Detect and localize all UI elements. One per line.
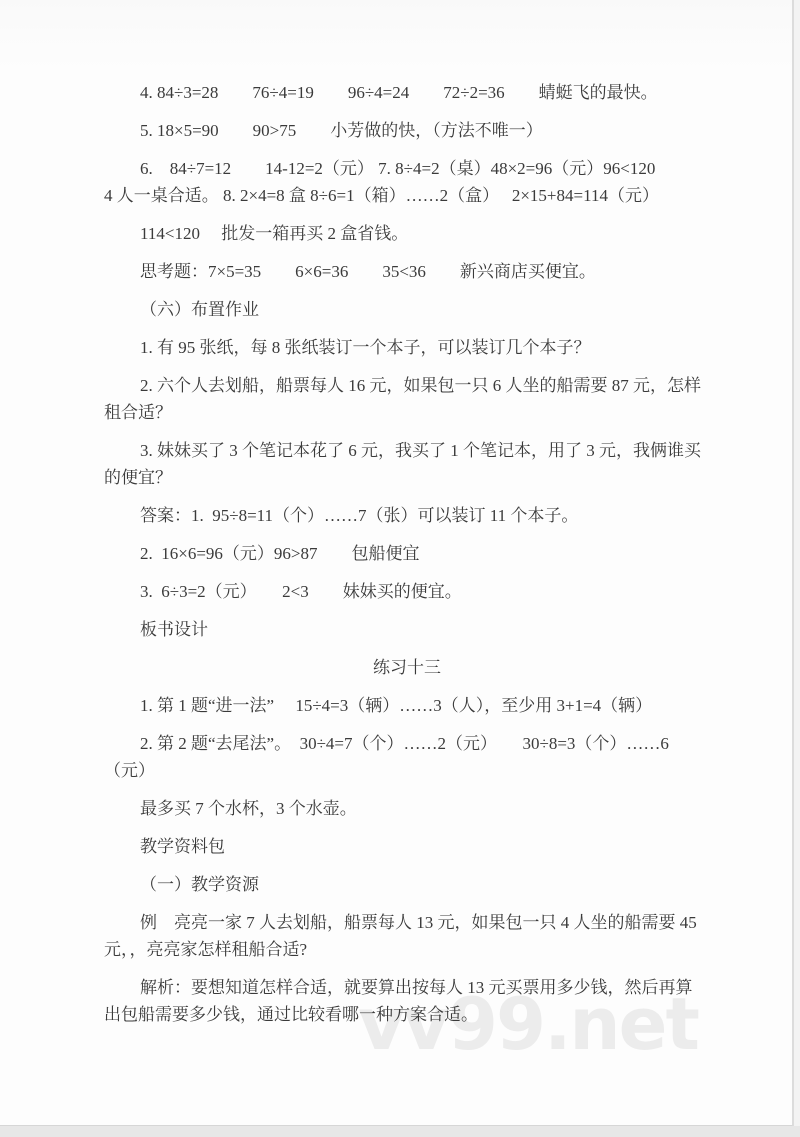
viewer-bottom-gutter <box>0 1126 800 1137</box>
text-line: 4. 84÷3=28 76÷4=19 96÷4=24 72÷2=36 蜻蜓飞的最… <box>104 79 710 106</box>
text-line: 4 人一桌合适。 8. 2×4=8 盒 8÷6=1（箱）……2（盒） 2×15+… <box>104 182 710 209</box>
text-line: 2. 16×6=96（元）96>87 包船便宜 <box>104 540 710 567</box>
text-line: 1. 有 95 张纸，每 8 张纸装订一个本子，可以装订几个本子？ <box>104 334 710 361</box>
text-line: 教学资料包 <box>104 833 710 860</box>
text-line: 114<120 批发一箱再买 2 盒省钱。 <box>104 220 710 247</box>
document-body: 4. 84÷3=28 76÷4=19 96÷4=24 72÷2=36 蜻蜓飞的最… <box>104 79 710 1028</box>
text-line: 解析：要想知道怎样合适，就要算出按每人 13 元买票用多少钱，然后再算 <box>104 974 710 1001</box>
text-line: 2. 第 2 题“去尾法”。 30÷4=7（个）……2（元） 30÷8=3（个）… <box>104 730 710 757</box>
text-line: 最多买 7 个水杯，3 个水壶。 <box>104 795 710 822</box>
text-line: 2. 六个人去划船，船票每人 16 元，如果包一只 6 人坐的船需要 87 元，… <box>104 372 710 399</box>
text-line: 思考题：7×5=35 6×6=36 35<36 新兴商店买便宜。 <box>104 258 710 285</box>
text-line: 6. 84÷7=12 14-12=2（元） 7. 8÷4=2（桌）48×2=96… <box>104 155 710 182</box>
text-line: （六）布置作业 <box>104 296 710 323</box>
text-line: （元） <box>104 757 710 784</box>
text-line: 板书设计 <box>104 616 710 643</box>
page-right-edge <box>793 0 800 1126</box>
document-page[interactable]: vv99.net 4. 84÷3=28 76÷4=19 96÷4=24 72÷2… <box>0 0 793 1126</box>
text-line: 出包船需要多少钱，通过比较看哪一种方案合适。 <box>104 1001 710 1028</box>
text-line: 5. 18×5=90 90>75 小芳做的快，（方法不唯一） <box>104 117 710 144</box>
section-heading: 练习十三 <box>104 654 710 681</box>
text-line: 1. 第 1 题“进一法” 15÷4=3（辆）……3（人），至少用 3+1=4（… <box>104 692 710 719</box>
text-line: 3. 6÷3=2（元） 2<3 妹妹买的便宜。 <box>104 578 710 605</box>
text-line: 3. 妹妹买了 3 个笔记本花了 6 元，我买了 1 个笔记本，用了 3 元，我… <box>104 437 710 464</box>
text-line: 租合适？ <box>104 399 710 426</box>
text-line: 的便宜？ <box>104 464 710 491</box>
text-line: 例 亮亮一家 7 人去划船，船票每人 13 元，如果包一只 4 人坐的船需要 4… <box>104 909 710 936</box>
text-line: （一）教学资源 <box>104 871 710 898</box>
text-line: 元，，亮亮家怎样租船合适? <box>104 936 710 963</box>
text-line: 答案：1. 95÷8=11（个）……7（张）可以装订 11 个本子。 <box>104 502 710 529</box>
